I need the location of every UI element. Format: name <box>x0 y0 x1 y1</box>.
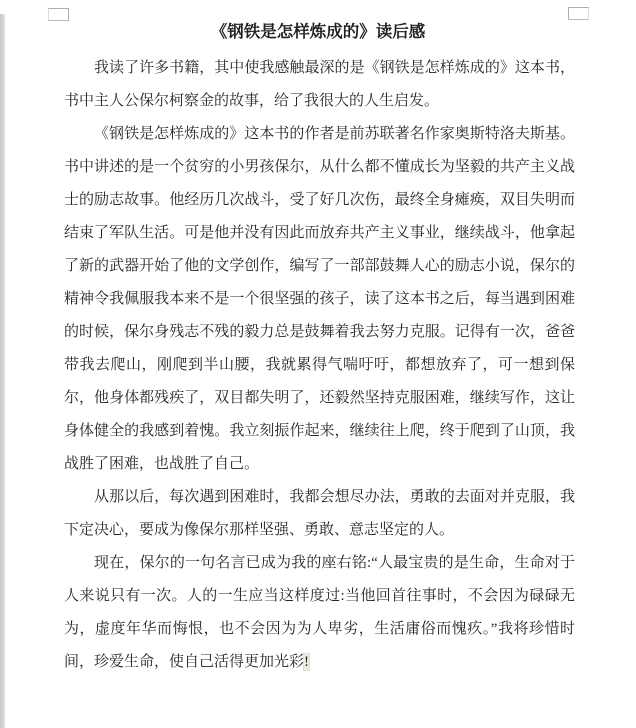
paragraph-motto-text: 现在，保尔的一句名言已成为我的座右铭:“人最宝贵的是生命，生命对于人来说只有一次… <box>64 555 575 670</box>
paragraph-intro: 我读了许多书籍，其中使我感触最深的是《钢铁是怎样炼成的》这本书，书中主人公保尔柯… <box>64 52 575 118</box>
highlighted-exclamation-mark: ! <box>304 654 309 670</box>
document-title: 《钢铁是怎样炼成的》读后感 <box>0 0 636 40</box>
paragraph-main-story: 《钢铁是怎样炼成的》这本书的作者是前苏联著名作家奥斯特洛夫斯基。书中讲述的是一个… <box>64 118 575 481</box>
document-body: 我读了许多书籍，其中使我感触最深的是《钢铁是怎样炼成的》这本书，书中主人公保尔柯… <box>64 52 575 679</box>
margin-crop-mark-right-icon <box>568 7 589 20</box>
paragraph-resolution: 从那以后，每次遇到困难时，我都会想尽办法，勇敢的去面对并克服，我下定决心，要成为… <box>64 481 575 547</box>
page-left-edge-shadow <box>0 14 5 728</box>
document-page: 《钢铁是怎样炼成的》读后感 我读了许多书籍，其中使我感触最深的是《钢铁是怎样炼成… <box>0 0 636 728</box>
paragraph-motto: 现在，保尔的一句名言已成为我的座右铭:“人最宝贵的是生命，生命对于人来说只有一次… <box>64 547 575 679</box>
margin-crop-mark-left-icon <box>48 8 69 21</box>
